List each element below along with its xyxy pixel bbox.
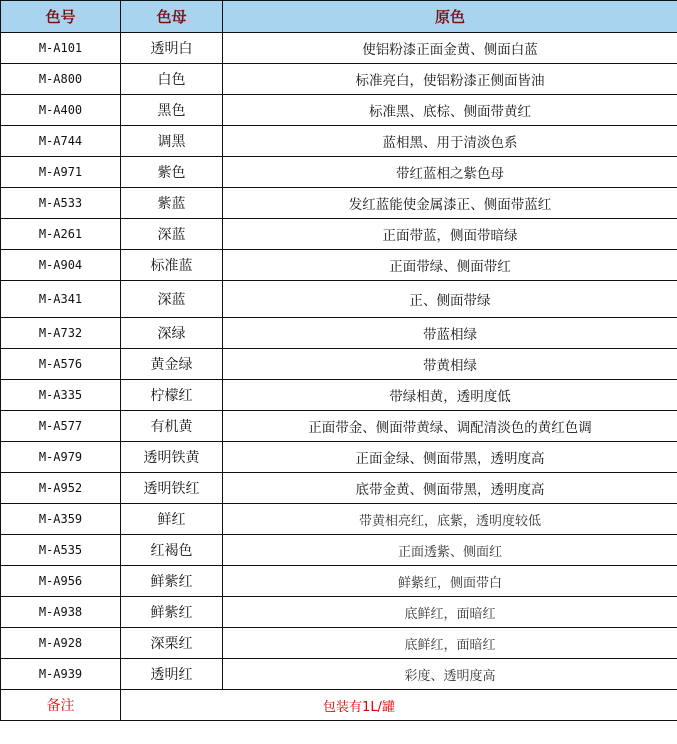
note-value-cell: 包装有1L/罐: [121, 690, 677, 721]
table-row: M-A800 白色 标准亮白，使铝粉漆正侧面皆油: [1, 64, 677, 95]
header-color-code: 色号: [1, 1, 121, 33]
table-row: M-A535 红褐色 正面透紫、侧面红: [1, 535, 677, 566]
color-code: M-A800: [1, 64, 121, 95]
toner-name: 鲜紫红: [121, 597, 223, 628]
table-row: M-A928 深栗红 底鲜红，面暗红: [1, 628, 677, 659]
toner-name: 深绿: [121, 318, 223, 349]
color-code: M-A971: [1, 157, 121, 188]
table-row: M-A359 鲜红 带黄相亮红，底紫，透明度较低: [1, 504, 677, 535]
color-description: 正面金绿、侧面带黑，透明度高: [223, 442, 677, 473]
color-description: 鲜紫红，侧面带白: [223, 566, 677, 597]
color-description: 带红蓝相之紫色母: [223, 157, 677, 188]
color-description: 发红蓝能使金属漆正、侧面带蓝红: [223, 188, 677, 219]
table-row: M-A904 标准蓝 正面带绿、侧面带红: [1, 250, 677, 281]
toner-name: 透明铁黄: [121, 442, 223, 473]
color-code: M-A101: [1, 33, 121, 64]
toner-name: 透明红: [121, 659, 223, 690]
table-row: M-A261 深蓝 正面带蓝，侧面带暗绿: [1, 219, 677, 250]
header-row: 色号 色母 原色: [1, 1, 677, 33]
color-description: 底鲜红，面暗红: [223, 628, 677, 659]
table-row: M-A101 透明白 使铝粉漆正面金黄、侧面白蓝: [1, 33, 677, 64]
toner-name: 鲜红: [121, 504, 223, 535]
toner-name: 调黑: [121, 126, 223, 157]
toner-name: 红褐色: [121, 535, 223, 566]
color-code: M-A400: [1, 95, 121, 126]
color-description: 带黄相绿: [223, 349, 677, 380]
table-row: M-A335 柠檬红 带绿相黄，透明度低: [1, 380, 677, 411]
color-description: 带黄相亮红，底紫，透明度较低: [223, 504, 677, 535]
table-row: M-A979 透明铁黄 正面金绿、侧面带黑，透明度高: [1, 442, 677, 473]
table-row: M-A938 鲜紫红 底鲜红，面暗红: [1, 597, 677, 628]
color-description: 带绿相黄，透明度低: [223, 380, 677, 411]
table-row: M-A971 紫色 带红蓝相之紫色母: [1, 157, 677, 188]
color-code: M-A732: [1, 318, 121, 349]
color-description: 使铝粉漆正面金黄、侧面白蓝: [223, 33, 677, 64]
color-description: 正面带蓝，侧面带暗绿: [223, 219, 677, 250]
table-row: M-A400 黑色 标准黑、底棕、侧面带黄红: [1, 95, 677, 126]
color-description: 正、侧面带绿: [223, 281, 677, 318]
note-label: 备注: [1, 690, 121, 721]
table-row: M-A533 紫蓝 发红蓝能使金属漆正、侧面带蓝红: [1, 188, 677, 219]
toner-name: 白色: [121, 64, 223, 95]
color-description: 正面透紫、侧面红: [223, 535, 677, 566]
color-code: M-A341: [1, 281, 121, 318]
toner-name: 鲜紫红: [121, 566, 223, 597]
color-code: M-A979: [1, 442, 121, 473]
color-table: 色号 色母 原色 M-A101 透明白 使铝粉漆正面金黄、侧面白蓝 M-A800…: [0, 0, 677, 721]
header-toner: 色母: [121, 1, 223, 33]
color-code: M-A576: [1, 349, 121, 380]
color-code: M-A938: [1, 597, 121, 628]
toner-name: 深蓝: [121, 219, 223, 250]
table-row: M-A341 深蓝 正、侧面带绿: [1, 281, 677, 318]
color-code: M-A577: [1, 411, 121, 442]
color-description: 正面带绿、侧面带红: [223, 250, 677, 281]
table-row: M-A939 透明红 彩度、透明度高: [1, 659, 677, 690]
toner-name: 标准蓝: [121, 250, 223, 281]
table-row: M-A576 黄金绿 带黄相绿: [1, 349, 677, 380]
table-row: M-A952 透明铁红 底带金黄、侧面带黑，透明度高: [1, 473, 677, 504]
color-code: M-A904: [1, 250, 121, 281]
toner-name: 深蓝: [121, 281, 223, 318]
toner-name: 黑色: [121, 95, 223, 126]
color-description: 正面带金、侧面带黄绿、调配清淡色的黄红色调: [223, 411, 677, 442]
color-code: M-A335: [1, 380, 121, 411]
table-row: M-A956 鲜紫红 鲜紫红，侧面带白: [1, 566, 677, 597]
table-row: M-A577 有机黄 正面带金、侧面带黄绿、调配清淡色的黄红色调: [1, 411, 677, 442]
color-code: M-A939: [1, 659, 121, 690]
color-code: M-A533: [1, 188, 121, 219]
color-description: 底带金黄、侧面带黑，透明度高: [223, 473, 677, 504]
color-code: M-A535: [1, 535, 121, 566]
note-value: 包装有1L/罐: [323, 696, 395, 715]
color-description: 蓝相黑、用于清淡色系: [223, 126, 677, 157]
toner-name: 透明铁红: [121, 473, 223, 504]
note-row: 备注 包装有1L/罐: [1, 690, 677, 721]
color-description: 彩度、透明度高: [223, 659, 677, 690]
color-code: M-A956: [1, 566, 121, 597]
table-row: M-A732 深绿 带蓝相绿: [1, 318, 677, 349]
color-code: M-A261: [1, 219, 121, 250]
color-description: 标准黑、底棕、侧面带黄红: [223, 95, 677, 126]
table-row: M-A744 调黑 蓝相黑、用于清淡色系: [1, 126, 677, 157]
color-code: M-A744: [1, 126, 121, 157]
color-code: M-A952: [1, 473, 121, 504]
color-description: 底鲜红，面暗红: [223, 597, 677, 628]
toner-name: 紫色: [121, 157, 223, 188]
toner-name: 有机黄: [121, 411, 223, 442]
toner-name: 紫蓝: [121, 188, 223, 219]
color-code: M-A359: [1, 504, 121, 535]
header-primary-color: 原色: [223, 1, 677, 33]
toner-name: 柠檬红: [121, 380, 223, 411]
color-code: M-A928: [1, 628, 121, 659]
toner-name: 深栗红: [121, 628, 223, 659]
color-description: 带蓝相绿: [223, 318, 677, 349]
toner-name: 透明白: [121, 33, 223, 64]
color-description: 标准亮白，使铝粉漆正侧面皆油: [223, 64, 677, 95]
toner-name: 黄金绿: [121, 349, 223, 380]
